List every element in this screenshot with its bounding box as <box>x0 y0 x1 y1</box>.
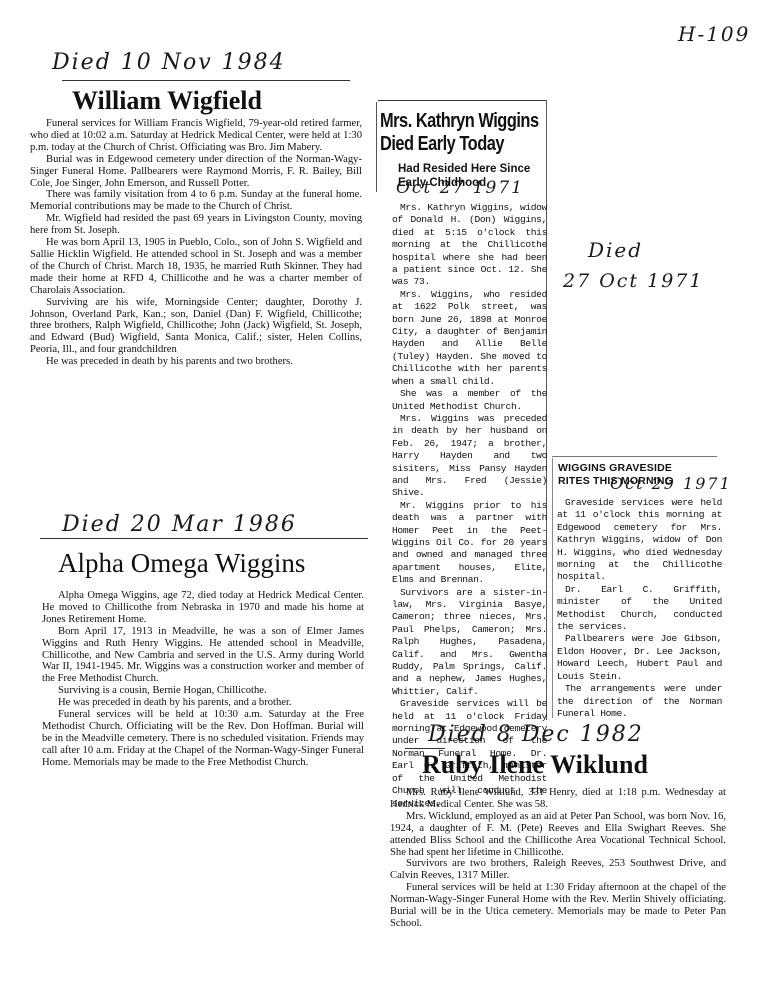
paragraph: Survivors are a sister-in-law, Mrs. Virg… <box>392 587 547 699</box>
paragraph: Surviving are his wife, Morningside Cent… <box>30 297 362 357</box>
handwritten-death-date: Died 8 Dec 1982 <box>428 722 644 747</box>
headline-line: Mrs. Kathryn Wiggins <box>380 110 552 133</box>
paragraph: There was family visitation from 4 to 6 … <box>30 189 362 213</box>
paragraph: Born April 17, 1913 in Meadville, he was… <box>42 626 364 686</box>
paragraph: He was preceded in death by his parents … <box>30 356 362 368</box>
divider <box>62 80 350 81</box>
divider <box>405 748 445 749</box>
handwritten-date: Oct 27 1971 <box>396 178 524 198</box>
obituary-body: Mrs. Kathryn Wiggins, widow of Donald H.… <box>392 202 547 810</box>
paragraph: Burial was in Edgewood cemetery under di… <box>30 154 362 190</box>
subheadline-line: Had Resided Here Since <box>398 162 548 176</box>
obituary-body: Mrs. Ruby Ilene Wiklund, 331 Henry, died… <box>390 787 726 930</box>
paragraph: Alpha Omega Wiggins, age 72, died today … <box>42 590 364 626</box>
obituary-title: William Wigfield <box>72 86 352 116</box>
paragraph: Pallbearers were Joe Gibson, Eldon Hoove… <box>557 633 722 683</box>
divider <box>40 538 368 539</box>
paragraph: Mr. Wiggins prior to his death was a par… <box>392 500 547 587</box>
paragraph: He was preceded in death by his parents,… <box>42 697 364 709</box>
clipping-top-edge <box>552 456 717 457</box>
paragraph: Survivors are two brothers, Raleigh Reev… <box>390 858 726 882</box>
paragraph: Surviving is a cousin, Bernie Hogan, Chi… <box>42 685 364 697</box>
paragraph: Funeral services will be held at 1:30 Fr… <box>390 882 726 930</box>
obituary-title: Alpha Omega Wiggins <box>58 548 358 579</box>
paragraph: He was born April 13, 1905 in Pueblo, Co… <box>30 237 362 297</box>
obituary-headline: Mrs. Kathryn Wiggins Died Early Today <box>380 110 552 156</box>
paragraph: Dr. Earl C. Griffith, minister of the Un… <box>557 584 722 634</box>
paragraph: Mrs. Wiggins, who resided at 1622 Polk s… <box>392 289 547 388</box>
obituary-body: Funeral services for William Francis Wig… <box>30 118 362 368</box>
handwritten-died: Died <box>588 238 643 262</box>
page-number-handwritten: H-109 <box>678 22 750 46</box>
handwritten-death-date: Died 20 Mar 1986 <box>62 512 297 537</box>
paragraph: The arrangements were under the directio… <box>557 683 722 720</box>
clipping-left-edge <box>552 458 553 718</box>
clipping-left-edge <box>376 102 377 192</box>
paragraph: She was a member of the United Methodist… <box>392 388 547 413</box>
paragraph: Mr. Wigfield had resided the past 69 yea… <box>30 213 362 237</box>
paragraph: Mrs. Ruby Ilene Wiklund, 331 Henry, died… <box>390 787 726 811</box>
paragraph: Mrs. Wicklund, employed as an aid at Pet… <box>390 811 726 859</box>
obituary-title: Ruby Ilene Wiklund <box>422 750 702 780</box>
clipping-top-edge <box>378 100 546 101</box>
paragraph: Funeral services for William Francis Wig… <box>30 118 362 154</box>
paragraph: Funeral services will be held at 10:30 a… <box>42 709 364 769</box>
paragraph: Mrs. Kathryn Wiggins, widow of Donald H.… <box>392 202 547 289</box>
handwritten-death-date: 27 Oct 1971 <box>563 270 703 292</box>
notice-body: Graveside services were held at 11 o'clo… <box>557 497 722 720</box>
paragraph: Graveside services were held at 11 o'clo… <box>557 497 722 584</box>
handwritten-death-date: Died 10 Nov 1984 <box>52 50 286 75</box>
headline-line: Died Early Today <box>380 133 552 156</box>
handwritten-date: Oct 29 1971 <box>610 474 732 493</box>
paragraph: Mrs. Wiggins was preceded in death by he… <box>392 413 547 500</box>
obituary-body: Alpha Omega Wiggins, age 72, died today … <box>42 590 364 769</box>
